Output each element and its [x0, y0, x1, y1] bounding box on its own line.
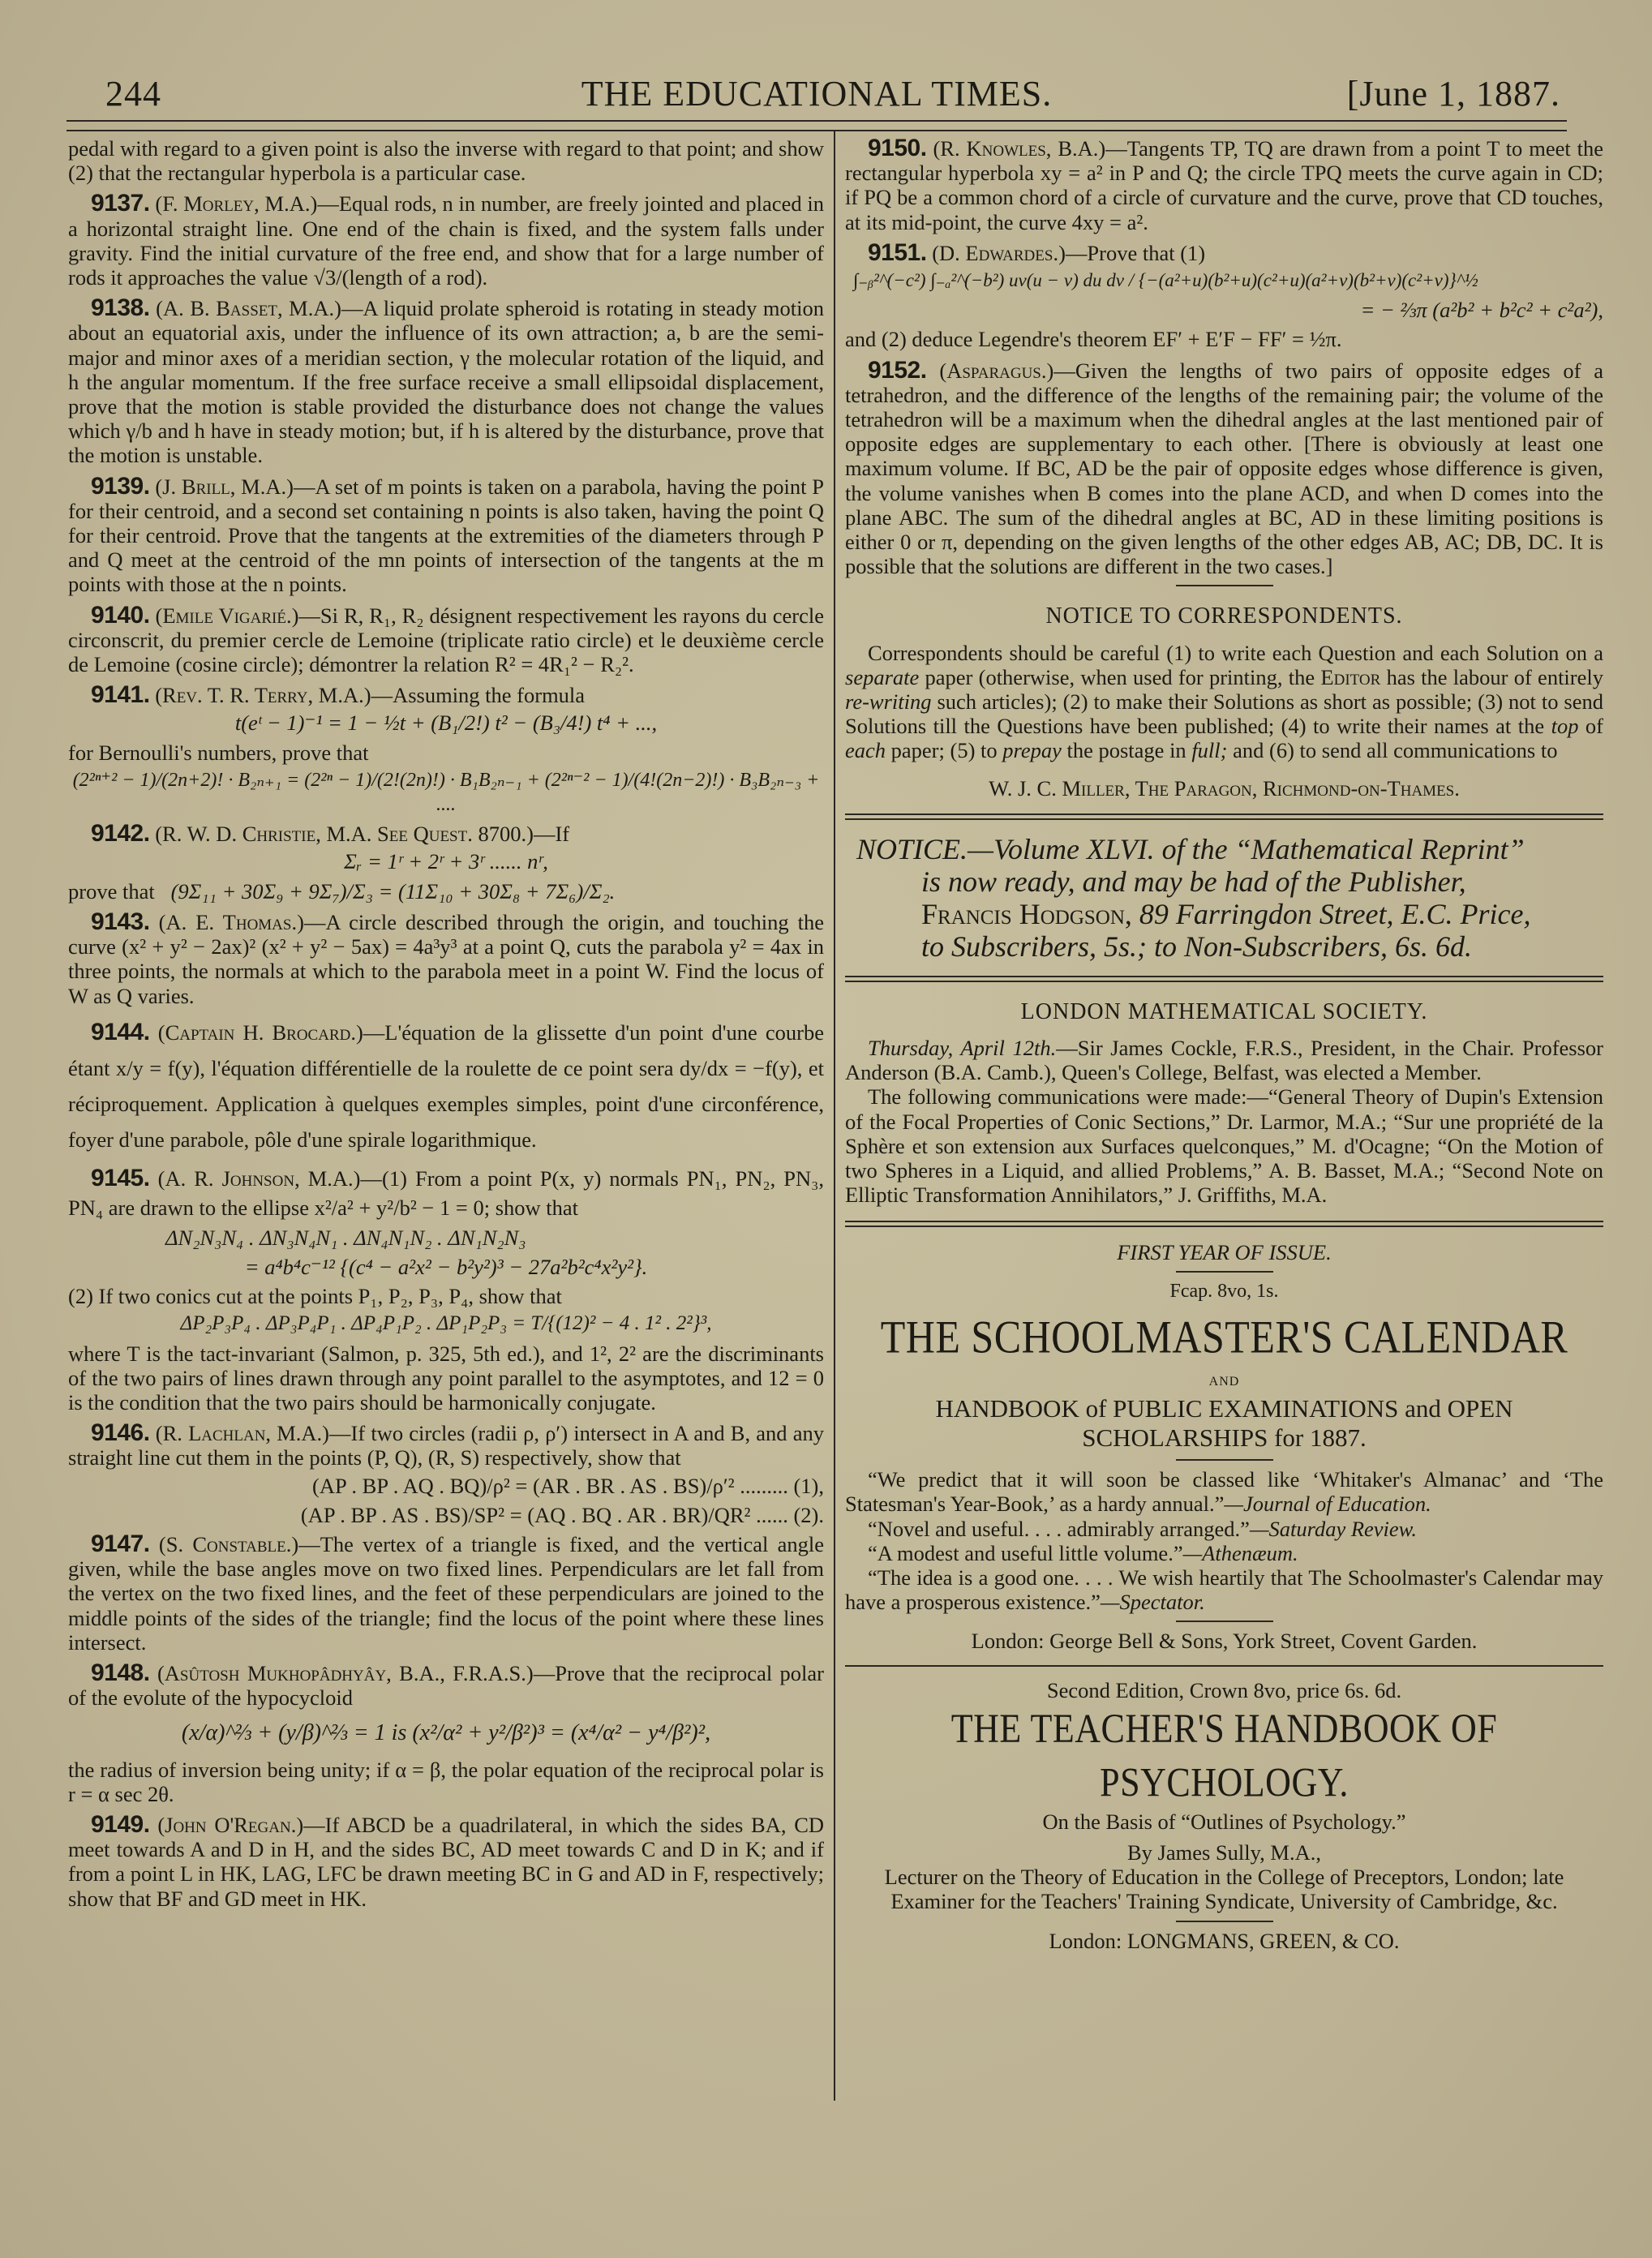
double-rule — [845, 976, 1603, 982]
question-9151: 9151. (D. Edwardes.)—Prove that (1) ∫₋ᵦ²… — [845, 241, 1603, 352]
question-author: (A. R. Johnson, M.A.) — [158, 1166, 361, 1191]
ad-subtitle: HANDBOOK of PUBLIC EXAMINATIONS and OPEN… — [845, 1394, 1603, 1453]
ad-edition: Second Edition, Crown 8vo, price 6s. 6d. — [845, 1678, 1603, 1702]
question-author: (Rev. T. R. Terry, M.A.) — [155, 683, 371, 707]
question-9137: 9137. (F. Morley, M.A.)—Equal rods, n in… — [68, 191, 824, 290]
question-9138: 9138. (A. B. Basset, M.A.)—A liquid prol… — [68, 296, 824, 467]
question-9140: 9140. (Emile Vigarié.)—Si R, R₁, R₂ dési… — [68, 603, 824, 677]
advertisement-schoolmasters-calendar: FIRST YEAR OF ISSUE. Fcap. 8vo, 1s. THE … — [845, 1240, 1603, 1654]
publication-title: THE EDUCATIONAL TIMES. — [67, 73, 1567, 114]
issue-date: [June 1, 1887. — [1347, 73, 1560, 114]
section-heading: NOTICE TO CORRESPONDENTS. — [845, 604, 1603, 629]
question-author: (Asûtosh Mukhopâdhyây, B.A., F.R.A.S.) — [157, 1661, 534, 1685]
question-9150: 9150. (R. Knowles, B.A.)—Tangents TP, TQ… — [845, 136, 1603, 234]
formula: (x/α)^⅔ + (y/β)^⅔ = 1 is (x²/α² + y²/β²)… — [68, 1721, 824, 1745]
ad-kicker: FIRST YEAR OF ISSUE. — [845, 1240, 1603, 1264]
formula: (AP . BP . AS . BS)/SP² = (AQ . BQ . AR … — [68, 1503, 824, 1527]
question-9139: 9139. (J. Brill, M.A.)—A set of m points… — [68, 474, 824, 597]
page-header: 244 THE EDUCATIONAL TIMES. [June 1, 1887… — [67, 73, 1567, 115]
question-author: (Emile Vigarié.) — [156, 603, 299, 628]
question-9147: 9147. (S. Constable.)—The vertex of a tr… — [68, 1532, 824, 1655]
question-author: (D. Edwardes.) — [932, 241, 1066, 265]
question-9142: 9142. (R. W. D. Christie, M.A. See Quest… — [68, 822, 824, 904]
question-author: (R. Lachlan, M.A.) — [156, 1421, 329, 1445]
london-mathematical-society: LONDON MATHEMATICAL SOCIETY. Thursday, A… — [845, 1000, 1603, 1208]
question-9149: 9149. (John O'Regan.)—If ABCD be a quadr… — [68, 1813, 824, 1911]
question-author: (Captain H. Brocard.) — [158, 1020, 363, 1045]
rule — [845, 1665, 1603, 1667]
advertisement-teachers-handbook: Second Edition, Crown 8vo, price 6s. 6d.… — [845, 1678, 1603, 1953]
question-author: (R. W. D. Christie, M.A. See Quest. 8700… — [155, 822, 534, 846]
ad-author: By James Sully, M.A., — [845, 1840, 1603, 1865]
formula: ΔN₂N₃N₄ . ΔN₃N₄N₁ . ΔN₄N₁N₂ . ΔN₁N₂N₃ — [68, 1226, 824, 1250]
left-column: pedal with regard to a given point is al… — [68, 136, 824, 1917]
formula: (2²ⁿ⁺² − 1)/(2n+2)! · B₂ₙ₊₁ = (2²ⁿ − 1)/… — [68, 768, 824, 817]
formula: (AP . BP . AQ . BQ)/ρ² = (AR . BR . AS .… — [68, 1474, 824, 1498]
notice-mathematical-reprint: NOTICE.—Volume XLVI. of the “Mathematica… — [845, 833, 1603, 963]
question-9146: 9146. (R. Lachlan, M.A.)—If two circles … — [68, 1421, 824, 1527]
formula: ∫₋ᵦ²^(−c²) ∫₋ₐ²^(−b²) uv(u − v) du dv / … — [845, 268, 1603, 293]
question-9152: 9152. (Asparagus.)—Given the lengths of … — [845, 358, 1603, 579]
ad-publisher: London: LONGMANS, GREEN, & CO. — [845, 1929, 1603, 1953]
question-author: (A. B. Basset, M.A.) — [156, 296, 341, 320]
section-divider — [1176, 585, 1273, 586]
section-heading: LONDON MATHEMATICAL SOCIETY. — [845, 1000, 1603, 1024]
question-author: (A. E. Thomas.) — [159, 910, 304, 934]
formula: ΔP₂P₃P₄ . ΔP₃P₄P₁ . ΔP₄P₁P₂ . ΔP₁P₂P₃ = … — [68, 1311, 824, 1336]
formula: = − ⅔π (a²b² + b²c² + c²a²), — [845, 298, 1603, 322]
question-author: (J. Brill, M.A.) — [155, 474, 294, 499]
question-9143: 9143. (A. E. Thomas.)—A circle described… — [68, 910, 824, 1008]
ad-publisher: London: George Bell & Sons, York Street,… — [845, 1629, 1603, 1653]
header-rule-bottom — [67, 130, 1567, 131]
question-author: (R. Knowles, B.A.) — [933, 136, 1105, 161]
continued-text: pedal with regard to a given point is al… — [68, 136, 824, 185]
question-9148: 9148. (Asûtosh Mukhopâdhyây, B.A., F.R.A… — [68, 1661, 824, 1806]
double-rule — [845, 813, 1603, 820]
column-divider — [834, 130, 835, 2101]
notice-to-correspondents: NOTICE TO CORRESPONDENTS. Correspondents… — [845, 604, 1603, 800]
formula: (9Σ₁₁ + 30Σ₉ + 9Σ₇)/Σ₃ = (11Σ₁₀ + 30Σ₈ +… — [171, 879, 616, 904]
double-rule — [845, 1221, 1603, 1227]
right-column: 9150. (R. Knowles, B.A.)—Tangents TP, TQ… — [845, 136, 1603, 1953]
newspaper-page: 244 THE EDUCATIONAL TIMES. [June 1, 1887… — [0, 0, 1652, 2258]
header-rule-top — [67, 120, 1567, 122]
question-author: (John O'Regan.) — [157, 1813, 303, 1837]
question-9145: 9145. (A. R. Johnson, M.A.)—(1) From a p… — [68, 1164, 824, 1414]
editor-address: W. J. C. Miller, The Paragon, Richmond-o… — [845, 776, 1603, 801]
question-author: (Asparagus.) — [939, 358, 1053, 383]
formula: = a⁴b⁴c⁻¹² {(c⁴ − a²x² − b²y²)³ − 27a²b²… — [68, 1255, 824, 1279]
formula: Σᵣ = 1ʳ + 2ʳ + 3ʳ ...... nʳ, — [68, 849, 824, 874]
ad-title: THE SCHOOLMASTER'S CALENDAR — [845, 1310, 1603, 1364]
question-author: (F. Morley, M.A.) — [155, 191, 317, 216]
formula: t(eᵗ − 1)⁻¹ = 1 − ½t + (B₁/2!) t² − (B₃/… — [68, 710, 824, 735]
ad-format: Fcap. 8vo, 1s. — [845, 1279, 1603, 1303]
question-9141: 9141. (Rev. T. R. Terry, M.A.)—Assuming … — [68, 683, 824, 817]
ad-title: THE TEACHER'S HANDBOOK OF PSYCHOLOGY. — [845, 1702, 1603, 1809]
question-author: (S. Constable.) — [159, 1532, 298, 1556]
question-9144: 9144. (Captain H. Brocard.)—L'équation d… — [68, 1015, 824, 1157]
